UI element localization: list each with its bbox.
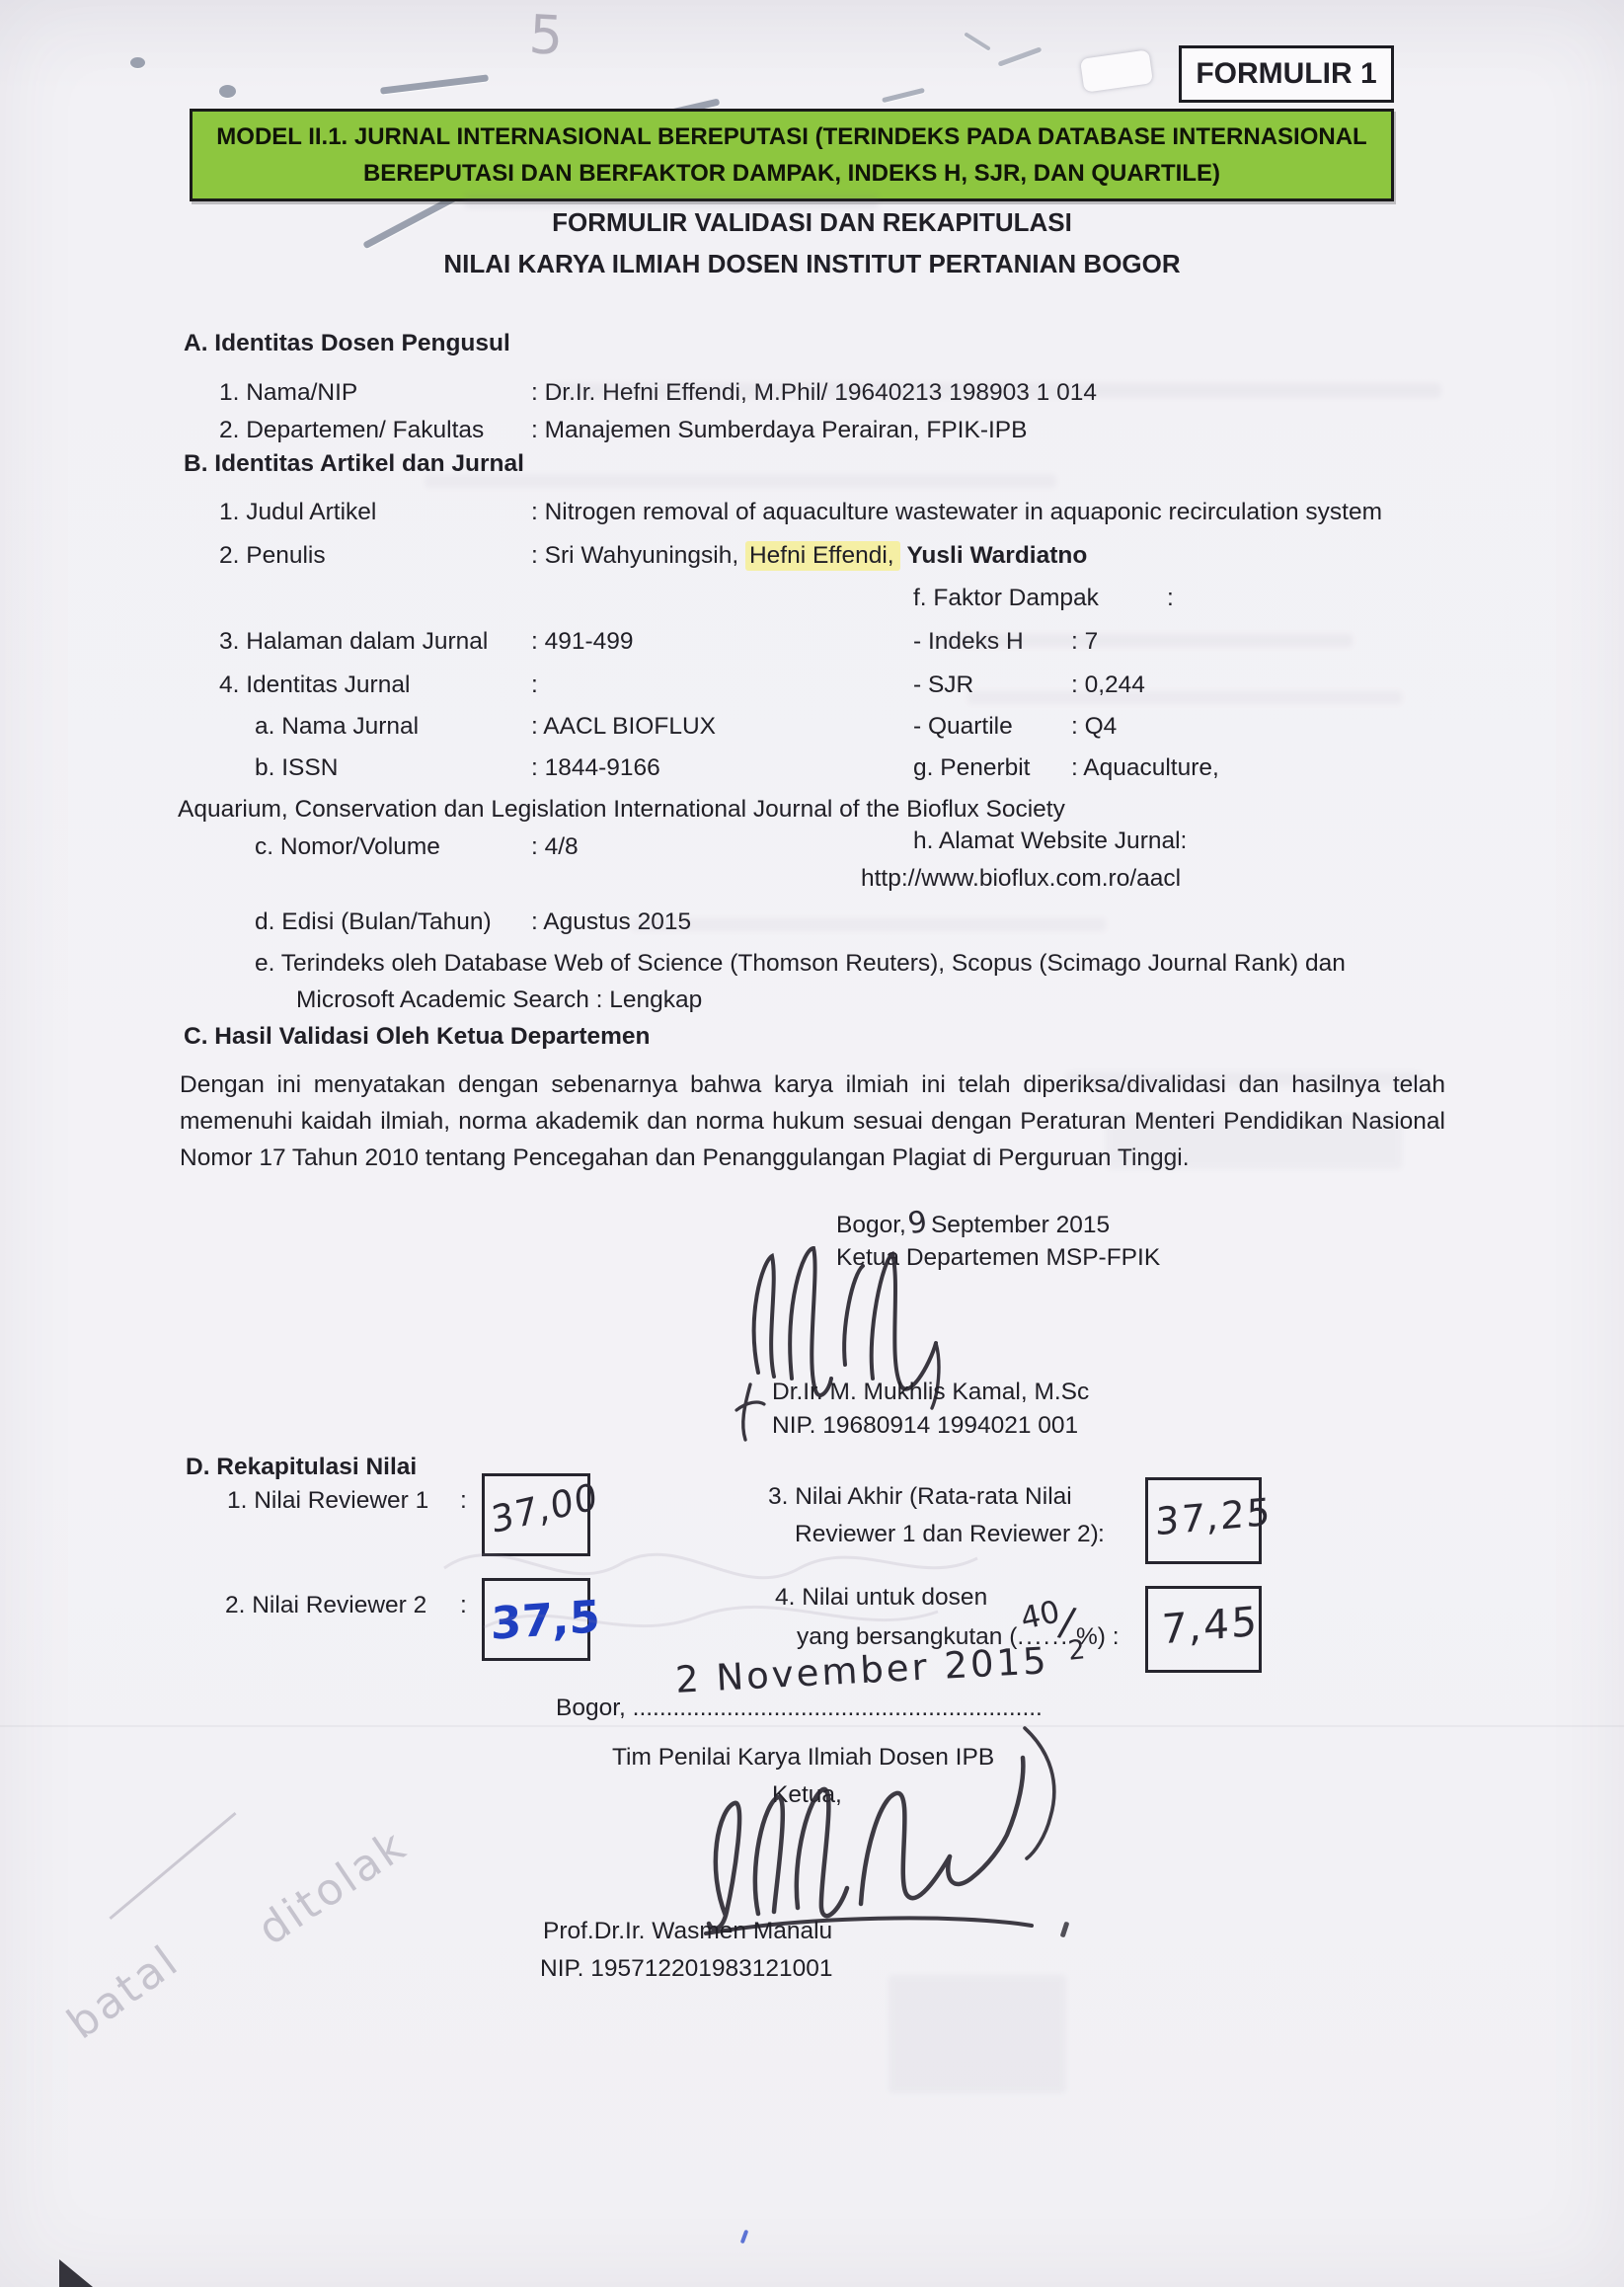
edisi-label: d. Edisi (Bulan/Tahun) [255, 908, 492, 936]
handwritten-day: 9 [905, 1206, 929, 1242]
departemen-label: 2. Departemen/ Fakultas [219, 417, 484, 444]
tim-ketua-nip: NIP. 195712201983121001 [540, 1955, 833, 1983]
nomor-volume-value: : 4/8 [531, 833, 579, 861]
model-banner-line2: BEREPUTASI DAN BERFAKTOR DAMPAK, INDEKS … [193, 160, 1391, 188]
sjr-label: - SJR [913, 671, 973, 699]
formulir-badge-label: FORMULIR 1 [1196, 57, 1376, 91]
form-title-line1: FORMULIR VALIDASI DAN REKAPITULASI [0, 207, 1624, 238]
staple-mark [219, 85, 236, 98]
staple-mark [130, 57, 145, 68]
pencil-note-batal: batal [58, 1935, 189, 2050]
terindeks-line1: e. Terindeks oleh Database Web of Scienc… [255, 950, 1346, 978]
validation-place-date: Bogor,9September 2015 [836, 1207, 1110, 1241]
bleed-through-ghost [553, 383, 1441, 398]
bleed-through-ghost [464, 194, 879, 208]
halaman-label: 3. Halaman dalam Jurnal [219, 628, 488, 656]
identitas-jurnal-label: 4. Identitas Jurnal [219, 671, 410, 699]
bleed-through-ghost [1066, 1072, 1422, 1086]
scanned-form-page: 5 FORMULIR 1 MODEL II.1. JURNAL INTERNAS… [0, 0, 1624, 2287]
identitas-jurnal-colon: : [531, 671, 538, 699]
halaman-value: : 491-499 [531, 628, 634, 656]
ketua-departemen-nip: NIP. 19680914 1994021 001 [772, 1412, 1078, 1440]
bleed-through-ghost [425, 474, 1056, 488]
pencil-mark [964, 32, 991, 50]
section-a-heading: A. Identitas Dosen Pengusul [184, 330, 510, 357]
nama-nip-label: 1. Nama/NIP [219, 379, 357, 407]
bleed-through-ghost [889, 1975, 1066, 2093]
departemen-value: : Manajemen Sumberdaya Perairan, FPIK-IP… [531, 417, 1027, 444]
judul-value: : Nitrogen removal of aquaculture wastew… [531, 499, 1382, 526]
model-banner: MODEL II.1. JURNAL INTERNASIONAL BEREPUT… [190, 109, 1394, 201]
pencil-mark [882, 88, 925, 103]
penulis-prefix: : Sri Wahyuningsih, [531, 542, 745, 569]
section-d-heading: D. Rekapitulasi Nilai [186, 1454, 417, 1481]
quartile-label: - Quartile [913, 713, 1013, 741]
model-banner-line1: MODEL II.1. JURNAL INTERNASIONAL BEREPUT… [193, 123, 1391, 151]
nilai-reviewer2-label: 2. Nilai Reviewer 2 [225, 1592, 426, 1619]
faktor-dampak-colon: : [1167, 585, 1174, 612]
correction-fluid-mark [1080, 49, 1153, 92]
nama-jurnal-label: a. Nama Jurnal [255, 713, 419, 741]
signature-wasmen-manalu [632, 1718, 1096, 1945]
blue-pen-speck [740, 2230, 749, 2245]
penulis-label: 2. Penulis [219, 542, 326, 570]
pencil-stroke [109, 1812, 236, 1920]
website-url: http://www.bioflux.com.ro/aacl [861, 865, 1181, 893]
penulis-highlighted-name: Hefni Effendi, [745, 541, 900, 571]
penerbit-label: g. Penerbit [913, 754, 1031, 782]
bleed-through-ghost [632, 918, 1106, 931]
faktor-dampak-label: f. Faktor Dampak [913, 585, 1099, 612]
bleed-through-ghost [1106, 1114, 1402, 1169]
penulis-bold-name: Yusli Wardiatno [906, 542, 1087, 569]
website-label: h. Alamat Website Jurnal: [913, 828, 1187, 855]
nilai-akhir-label-line1: 3. Nilai Akhir (Rata-rata Nilai [768, 1483, 1072, 1511]
footer-city: Bogor, [556, 1695, 633, 1721]
pencil-mark [998, 46, 1043, 66]
nama-jurnal-value: : AACL BIOFLUX [531, 713, 716, 741]
penerbit-continuation: Aquarium, Conservation dan Legislation I… [178, 796, 1065, 824]
quartile-value: : Q4 [1071, 713, 1117, 741]
judul-label: 1. Judul Artikel [219, 499, 376, 526]
nilai-reviewer1-label: 1. Nilai Reviewer 1 [227, 1487, 428, 1515]
handwritten-page-number: 5 [527, 3, 565, 67]
bleed-through-ghost [938, 634, 1353, 647]
pencil-note-ditolak: ditolak [249, 1820, 416, 1955]
formulir-badge: FORMULIR 1 [1179, 45, 1394, 103]
penerbit-value: : Aquaculture, [1071, 754, 1219, 782]
ketua-departemen-name: Dr.Ir. M. Mukhlis Kamal, M.Sc [772, 1379, 1089, 1406]
nilai-dosen-handwritten: 7,45 [1161, 1598, 1259, 1654]
nomor-volume-label: c. Nomor/Volume [255, 833, 440, 861]
penulis-value: : Sri Wahyuningsih, Hefni Effendi, Yusli… [531, 542, 1087, 570]
issn-label: b. ISSN [255, 754, 338, 782]
terindeks-line2: Microsoft Academic Search : Lengkap [296, 986, 702, 1014]
staple-mark [380, 74, 489, 94]
validation-city: Bogor, [836, 1212, 906, 1238]
form-title-line2: NILAI KARYA ILMIAH DOSEN INSTITUT PERTAN… [0, 249, 1624, 279]
validation-date-rest: September 2015 [931, 1212, 1110, 1238]
issn-value: : 1844-9166 [531, 754, 660, 782]
bleed-through-ghost [967, 691, 1402, 704]
section-c-heading: C. Hasil Validasi Oleh Ketua Departemen [184, 1023, 650, 1051]
tim-ketua-name: Prof.Dr.Ir. Wasmen Manalu [543, 1918, 832, 1945]
scan-edge-artifact [59, 2259, 93, 2287]
